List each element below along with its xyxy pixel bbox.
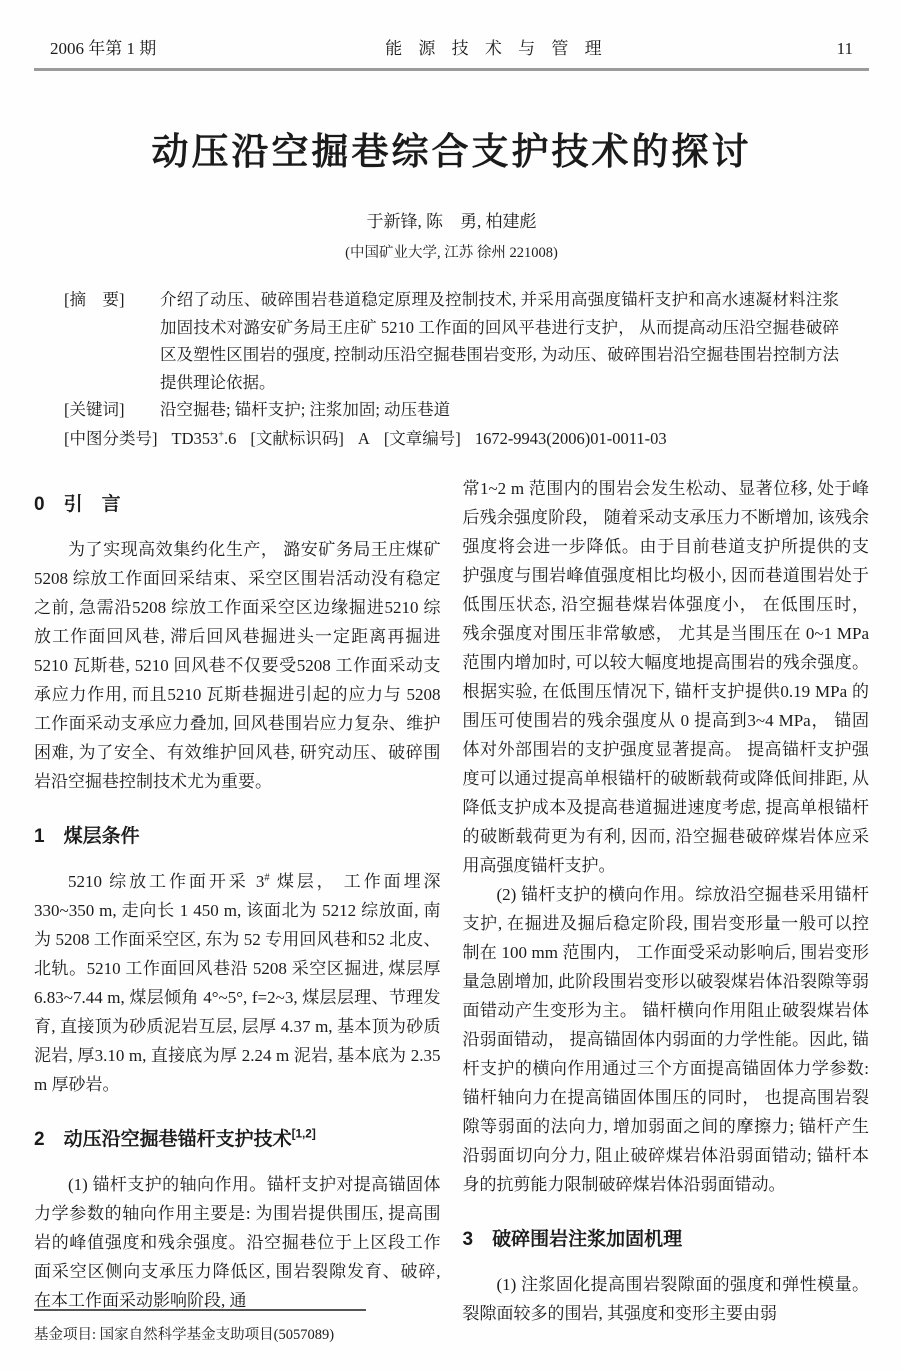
header-rule [34, 68, 869, 71]
section-0-heading: 0 引 言 [34, 490, 441, 519]
doc-code-label: [文献标识码] [250, 425, 344, 453]
right-column: 常1~2 m 范围内的围岩会发生松动、显著位移, 处于峰后残余强度阶段， 随着采… [463, 474, 870, 1328]
authors-line: 于新锋, 陈 勇, 柏建彪 [34, 207, 869, 232]
keywords-label: [关键词] [64, 396, 160, 424]
page-number: 11 [837, 39, 853, 59]
journal-name: 能 源 技 术 与 管 理 [385, 34, 608, 59]
article-title: 动压沿空掘巷综合支护技术的探讨 [34, 121, 869, 175]
affiliation-line: (中国矿业大学, 江苏 徐州 221008) [34, 241, 869, 262]
abstract-block: [摘 要] 介绍了动压、破碎围岩巷道稳定原理及控制技术, 并采用高强度锚杆支护和… [64, 286, 839, 396]
section-1-heading: 1 煤层条件 [34, 822, 441, 851]
section-3-paragraph: (1) 注浆固化提高围岩裂隙面的强度和弹性模量。裂隙面较多的围岩, 其强度和变形… [463, 1270, 870, 1328]
two-column-body: 0 引 言 为了实现高效集约化生产， 潞安矿务局王庄煤矿5208 综放工作面回采… [34, 474, 869, 1328]
abstract-text: 介绍了动压、破碎围岩巷道稳定原理及控制技术, 并采用高强度锚杆支护和高水速凝材料… [160, 286, 839, 396]
section-0-paragraph: 为了实现高效集约化生产， 潞安矿务局王庄煤矿5208 综放工作面回采结束、采空区… [34, 535, 441, 796]
funding-footnote: 基金项目: 国家自然科学基金支助项目(5057089) [34, 1309, 464, 1344]
section-2-paragraph-continuation: 常1~2 m 范围内的围岩会发生松动、显著位移, 处于峰后残余强度阶段， 随着采… [463, 474, 870, 880]
section-3-heading: 3 破碎围岩注浆加固机理 [463, 1225, 870, 1254]
clc-label: [中图分类号] [64, 425, 158, 453]
issue-label: 2006 年第 1 期 [50, 34, 156, 59]
running-head: 2006 年第 1 期 能 源 技 术 与 管 理 11 [34, 34, 869, 59]
paper-page: 2006 年第 1 期 能 源 技 术 与 管 理 11 动压沿空掘巷综合支护技… [0, 0, 903, 1370]
meta-block: [摘 要] 介绍了动压、破碎围岩巷道稳定原理及控制技术, 并采用高强度锚杆支护和… [64, 286, 839, 452]
section-2-heading: 2 动压沿空掘巷锚杆支护技术[1,2] [34, 1125, 441, 1154]
footnote-rule [34, 1309, 366, 1311]
abstract-label: [摘 要] [64, 286, 160, 396]
section-2-paragraph: (1) 锚杆支护的轴向作用。锚杆支护对提高锚固体力学参数的轴向作用主要是: 为围… [34, 1170, 441, 1315]
keywords-block: [关键词] 沿空掘巷; 锚杆支护; 注浆加固; 动压巷道 [64, 396, 839, 424]
article-id-label: [文章编号] [384, 425, 461, 453]
section-1-paragraph: 5210 综放工作面开采 3# 煤层， 工作面埋深330~350 m, 走向长 … [34, 867, 441, 1099]
left-column: 0 引 言 为了实现高效集约化生产， 潞安矿务局王庄煤矿5208 综放工作面回采… [34, 474, 441, 1328]
section-2-paragraph-2: (2) 锚杆支护的横向作用。综放沿空掘巷采用锚杆支护, 在掘进及掘后稳定阶段, … [463, 880, 870, 1199]
funding-text: 基金项目: 国家自然科学基金支助项目(5057089) [34, 1323, 464, 1344]
classification-block: [中图分类号] TD353+.6 [文献标识码] A [文章编号] 1672-9… [64, 425, 839, 453]
clc-value: TD353+.6 [172, 425, 237, 453]
article-id-value: 1672-9943(2006)01-0011-03 [475, 425, 667, 453]
doc-code-value: A [358, 425, 370, 453]
keywords-text: 沿空掘巷; 锚杆支护; 注浆加固; 动压巷道 [160, 396, 839, 424]
